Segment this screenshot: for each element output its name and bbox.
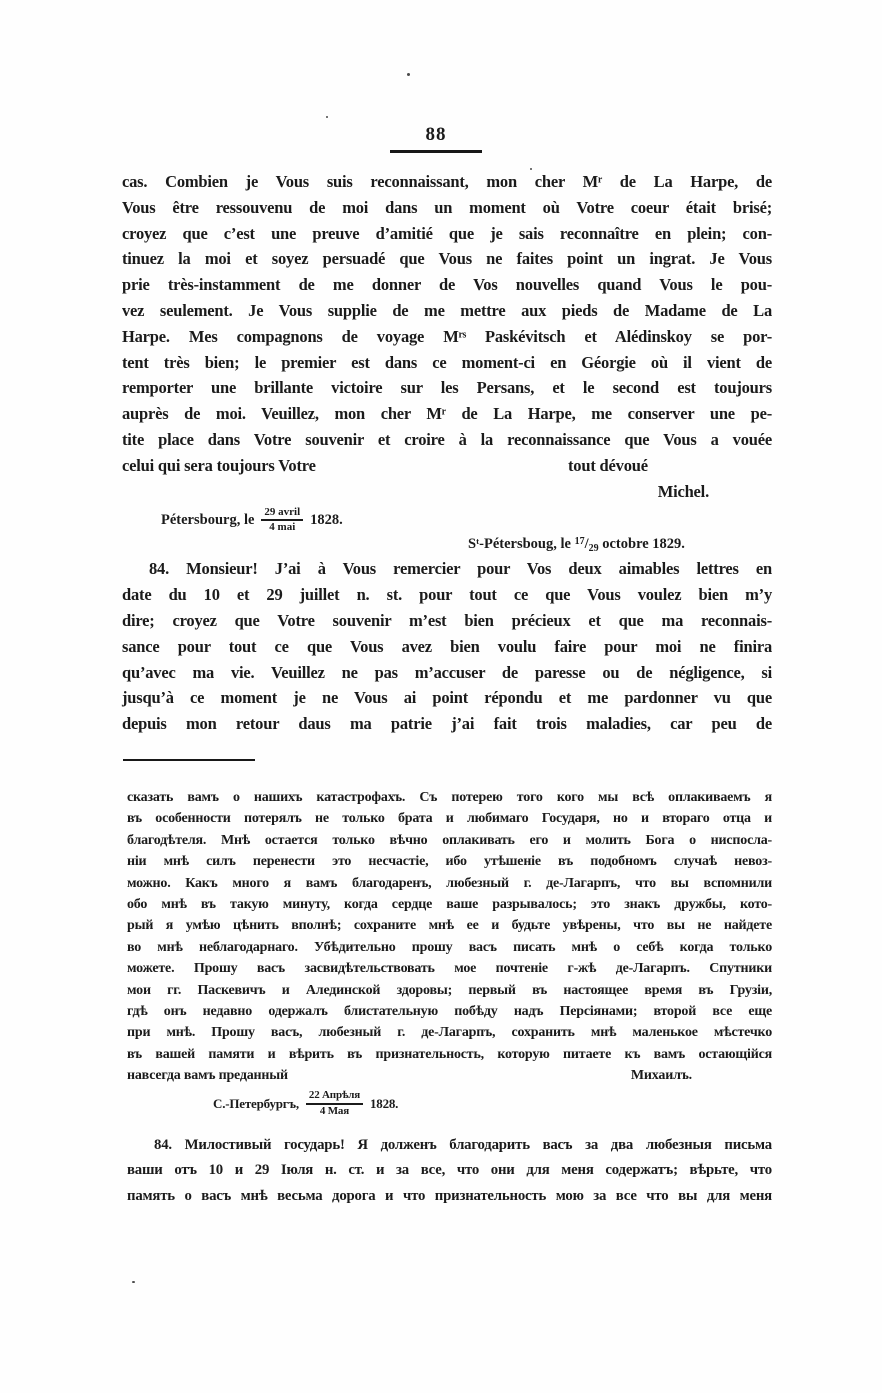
text-line: auprès de moi. Veuillez, mon cher Mʳ de … — [122, 401, 772, 427]
closing-right-text: tout dévoué — [568, 453, 648, 479]
text-line: гдѣ онъ недавно одержалъ блистательную п… — [127, 1001, 772, 1022]
text-line: tinuez la moi et soyez persuadé que Vous… — [122, 246, 772, 272]
text-line: vez seulement. Je Vous supplie de me met… — [122, 298, 772, 324]
dateline-place: Pétersbourg, le — [161, 512, 254, 529]
text-line: Vous être ressouvenu de moi dans un mome… — [122, 195, 772, 221]
dateline-place: С.-Петербургъ, — [213, 1093, 299, 1114]
text-line: память о васъ мнѣ весьма дорога и что пр… — [127, 1184, 772, 1210]
dateline-year: 1828. — [370, 1093, 398, 1114]
text-line: благодѣтеля. Мнѣ остается только вѣчно о… — [127, 830, 772, 851]
text-line: можно. Какъ много я вамъ благодаренъ, лю… — [127, 873, 772, 894]
closing-left-text: celui qui sera toujours Votre — [122, 456, 316, 475]
russian-closing-line: навсегда вамъ преданный Михаилъ. — [127, 1065, 772, 1086]
text-line: depuis mon retour daus ma patrie j’ai fa… — [122, 711, 772, 737]
petersburg-dateline: Sᵗ-Pétersboug, le 17/29 octobre 1829. — [122, 536, 772, 556]
closing-line: celui qui sera toujours Votre tout dévou… — [122, 453, 772, 479]
text-line: можете. Прошу васъ засвидѣтельствовать м… — [127, 958, 772, 979]
scan-speck — [132, 1281, 135, 1283]
text-line: dire; croyez que Votre souvenir m’est bi… — [122, 608, 772, 634]
text-line: croyez que c’est une preuve d’amitié que… — [122, 221, 772, 247]
date-fraction-denominator: 4 Мая — [306, 1105, 363, 1118]
date-fraction-denominator: 29 — [589, 543, 599, 554]
russian-footnote: сказать вамъ о нашихъ катастрофахъ. Съ п… — [127, 787, 772, 1209]
page-number-rule — [390, 150, 482, 153]
date-fraction-denominator: 4 mai — [261, 521, 303, 534]
text-line: qu’avec ma vie. Veuillez ne pas m’accuse… — [122, 660, 772, 686]
date-fraction: 22 Апрѣля 4 Мая — [306, 1089, 363, 1117]
closing-left-text: навсегда вамъ преданный — [127, 1065, 288, 1086]
date-fraction-numerator: 17 — [575, 536, 585, 547]
text-line: tite place dans Votre souvenir et croire… — [122, 427, 772, 453]
text-line: Harpe. Mes compagnons de voyage Mʳˢ Pask… — [122, 324, 772, 350]
dateline-year: 1828. — [310, 512, 343, 529]
french-signature: Michel. — [122, 479, 772, 505]
text-line: jusqu’à ce moment je ne Vous ai point ré… — [122, 685, 772, 711]
text-line: remporter une brillante victoire sur les… — [122, 375, 772, 401]
text-line: date du 10 et 29 juillet n. st. pour tou… — [122, 582, 772, 608]
text-line: prie très-instamment de me donner de Vos… — [122, 272, 772, 298]
text-line: во мнѣ неблагодарнаго. Убѣдительно прошу… — [127, 937, 772, 958]
russian-dateline: С.-Петербургъ, 22 Апрѣля 4 Мая 1828. — [127, 1087, 772, 1121]
french-letter-paragraph-1: cas. Combien je Vous suis reconnaissant,… — [122, 169, 772, 504]
date-fraction: 29 avril 4 mai — [261, 506, 303, 534]
text-line: 84. Милостивый государь! Я долженъ благо… — [127, 1133, 772, 1159]
dateline-year: octobre 1829. — [602, 536, 685, 552]
footnote-separator-rule — [123, 759, 255, 761]
text-line: сказать вамъ о нашихъ катастрофахъ. Съ п… — [127, 787, 772, 808]
scanned-book-page: 88 cas. Combien je Vous suis reconnaissa… — [0, 0, 882, 1393]
text-line: мои гг. Паскевичъ и Алединской здоровы; … — [127, 980, 772, 1001]
dateline-place: Sᵗ-Pétersboug, le — [468, 536, 571, 552]
text-line: обо мнѣ въ такую минуту, когда сердце ва… — [127, 894, 772, 915]
text-line: въ особенности потерялъ не только брата … — [127, 808, 772, 829]
date-fraction-numerator: 22 Апрѣля — [306, 1089, 363, 1104]
text-line: рый я умѣю цѣнить вполнѣ; сохраните мнѣ … — [127, 915, 772, 936]
date-slash-fraction: 17/29 — [575, 536, 599, 552]
russian-footnote-paragraph-2: 84. Милостивый государь! Я долженъ благо… — [127, 1133, 772, 1210]
russian-signature: Михаилъ. — [631, 1065, 692, 1086]
text-line: 84. Monsieur! J’ai à Vous remercier pour… — [122, 556, 772, 582]
text-line: cas. Combien je Vous suis reconnaissant,… — [122, 169, 772, 195]
french-letter-paragraph-2: 84. Monsieur! J’ai à Vous remercier pour… — [122, 556, 772, 737]
text-line: sance pour tout ce que Vous avez bien vo… — [122, 634, 772, 660]
text-line: ваши отъ 10 и 29 Іюля н. ст. и за все, ч… — [127, 1158, 772, 1184]
text-line: при мнѣ. Прошу васъ, любезный г. де-Лага… — [127, 1022, 772, 1043]
page-number: 88 — [122, 124, 750, 146]
text-line: ніи мнѣ силъ перенести это несчастіе, иб… — [127, 851, 772, 872]
text-line: tent très bien; le premier est dans ce m… — [122, 350, 772, 376]
text-line: въ вашей памяти и вѣрить въ признательно… — [127, 1044, 772, 1065]
date-fraction-numerator: 29 avril — [261, 506, 303, 521]
french-dateline: Pétersbourg, le 29 avril 4 mai 1828. — [122, 504, 772, 536]
text-column: 88 cas. Combien je Vous suis reconnaissa… — [122, 0, 772, 1209]
